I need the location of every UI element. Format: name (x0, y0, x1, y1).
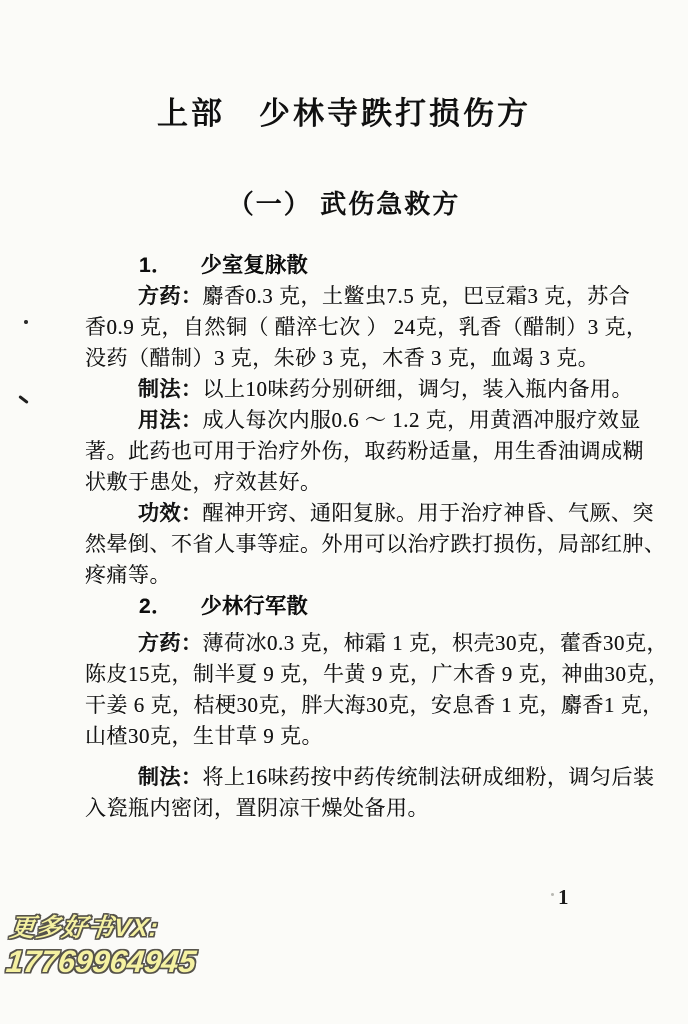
recipe-2-name: 少林行军散 (201, 595, 309, 618)
text-line: 状敷于患处，疗效甚好。 (85, 467, 615, 498)
section-title: （一） 武伤急救方 (0, 184, 688, 221)
recipe-1-name: 少室复脉散 (201, 254, 309, 277)
recipe-1-number: 1． (139, 250, 173, 281)
paragraph-label: 用法： (138, 408, 203, 432)
text-line: 山楂30克，生甘草 9 克。 (85, 721, 615, 752)
scan-speck (18, 395, 29, 404)
recipe-1-heading: 1．少室复脉散 (85, 250, 615, 281)
page-content: 1．少室复脉散 方药：麝香0.3 克，土鳖虫7.5 克，巴豆霜3 克，苏合 香0… (85, 250, 615, 824)
paragraph-text: 山楂30克，生甘草 9 克。 (85, 724, 323, 748)
page-number: 1 (558, 885, 569, 910)
text-line: 干姜 6 克，桔梗30克，胖大海30克，安息香 1 克，麝香1 克， (85, 690, 615, 721)
recipe-2-number: 2． (139, 591, 173, 622)
text-line: 方药：麝香0.3 克，土鳖虫7.5 克，巴豆霜3 克，苏合 (85, 281, 615, 312)
paragraph-text: 成人每次内服0.6 ～ 1.2 克，用黄酒冲服疗效显 (203, 408, 641, 432)
paragraph-text: 陈皮15克，制半夏 9 克，牛黄 9 克，广木香 9 克，神曲30克， (85, 662, 670, 686)
text-line: 香0.9 克，自然铜（ 醋淬七次 ） 24克，乳香（醋制）3 克， (85, 312, 615, 343)
watermark-line-2: 17769964945 (5, 944, 198, 979)
paragraph-text: 以上10味药分别研细，调匀，装入瓶内备用。 (203, 377, 634, 401)
paragraph-label: 方药： (138, 631, 203, 655)
text-line: 方药：薄荷冰0.3 克，柿霜 1 克，枳壳30克，藿香30克， (85, 628, 615, 659)
text-line: 用法：成人每次内服0.6 ～ 1.2 克，用黄酒冲服疗效显 (85, 405, 615, 436)
paragraph-text: 然晕倒、不省人事等症。外用可以治疗跌打损伤，局部红肿、 (85, 532, 666, 556)
paragraph-label: 方药： (138, 284, 203, 308)
paragraph-text: 著。此药也可用于治疗外伤，取药粉适量，用生香油调成糊 (85, 439, 644, 463)
watermark-line-1: 更多好书VX: (8, 913, 201, 944)
paragraph-text: 没药（醋制）3 克，朱砂 3 克，木香 3 克，血竭 3 克。 (85, 346, 599, 370)
text-line: 制法：将上16味药按中药传统制法研成细粉，调匀后装 (85, 762, 615, 793)
recipe-2-heading: 2．少林行军散 (85, 591, 615, 622)
text-line: 功效：醒神开窍、通阳复脉。用于治疗神昏、气厥、突 (85, 498, 615, 529)
paragraph-text: 香0.9 克，自然铜（ 醋淬七次 ） 24克，乳香（醋制）3 克， (85, 315, 648, 339)
text-line: 入瓷瓶内密闭，置阴凉干燥处备用。 (85, 793, 615, 824)
paragraph-text: 薄荷冰0.3 克，柿霜 1 克，枳壳30克，藿香30克， (203, 631, 669, 655)
paragraph-text: 将上16味药按中药传统制法研成细粉，调匀后装 (203, 765, 655, 789)
paragraph-label: 功效： (138, 501, 203, 525)
paragraph-text: 入瓷瓶内密闭，置阴凉干燥处备用。 (85, 796, 429, 820)
scan-speck (24, 320, 28, 324)
paragraph-text: 疼痛等。 (85, 563, 171, 587)
text-line: 陈皮15克，制半夏 9 克，牛黄 9 克，广木香 9 克，神曲30克， (85, 659, 615, 690)
scan-speck (551, 893, 554, 896)
text-line: 制法：以上10味药分别研细，调匀，装入瓶内备用。 (85, 374, 615, 405)
seller-watermark: 更多好书VX: 17769964945 (5, 913, 202, 979)
text-line: 疼痛等。 (85, 560, 615, 591)
text-line: 著。此药也可用于治疗外伤，取药粉适量，用生香油调成糊 (85, 436, 615, 467)
text-line: 然晕倒、不省人事等症。外用可以治疗跌打损伤，局部红肿、 (85, 529, 615, 560)
paragraph-text: 干姜 6 克，桔梗30克，胖大海30克，安息香 1 克，麝香1 克， (85, 693, 664, 717)
scanned-book-page: 上部 少林寺跌打损伤方 （一） 武伤急救方 1．少室复脉散 方药：麝香0.3 克… (0, 0, 688, 1024)
part-title: 上部 少林寺跌打损伤方 (0, 88, 688, 133)
paragraph-label: 制法： (138, 765, 203, 789)
paragraph-text: 状敷于患处，疗效甚好。 (85, 470, 322, 494)
paragraph-label: 制法： (138, 377, 203, 401)
text-line: 没药（醋制）3 克，朱砂 3 克，木香 3 克，血竭 3 克。 (85, 343, 615, 374)
paragraph-text: 麝香0.3 克，土鳖虫7.5 克，巴豆霜3 克，苏合 (203, 284, 631, 308)
paragraph-text: 醒神开窍、通阳复脉。用于治疗神昏、气厥、突 (203, 501, 655, 525)
